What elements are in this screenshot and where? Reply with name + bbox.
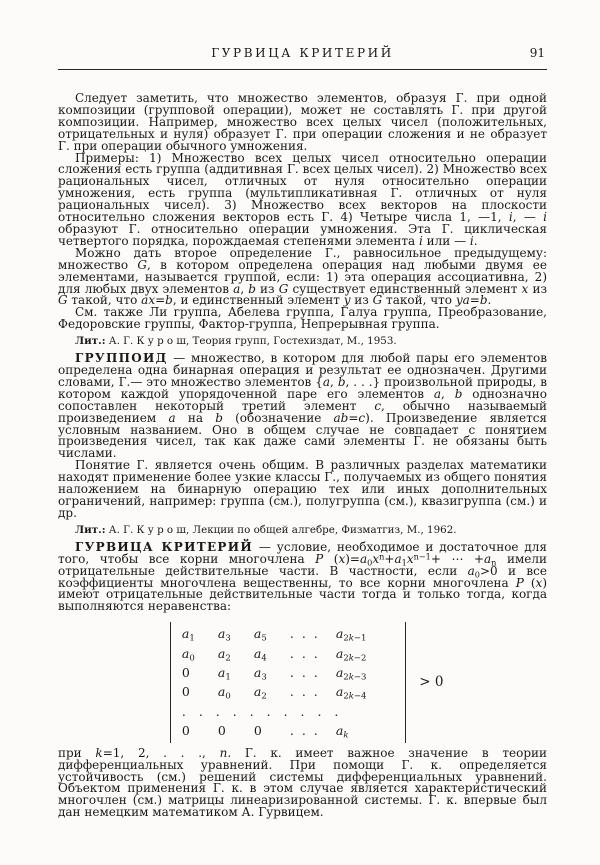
inequality-condition: > 0 (419, 677, 443, 689)
lit-label: Лит.: (75, 335, 106, 347)
matrix-cell: a2 (252, 682, 288, 701)
matrix-cell: ak (334, 721, 396, 740)
hurwitz-determinant-formula: a1a3a5. . .a2k−1a0a2a4. . .a2k−20a1a3. .… (62, 622, 551, 742)
header-rule (58, 69, 547, 70)
matrix-cell: . . . (288, 721, 334, 740)
matrix-row: 000. . .ak (180, 721, 396, 740)
literature-reference: Лит.: А. Г. К у р о ш, Теория групп, Гос… (58, 336, 547, 347)
lit-text: А. Г. К у р о ш, Теория групп, Гостехизд… (106, 335, 397, 347)
matrix-cell: a2k−4 (334, 682, 396, 701)
matrix-row: a1a3a5. . .a2k−1 (180, 624, 396, 643)
matrix-cell: a0 (216, 682, 252, 701)
matrix-cell: a3 (252, 663, 288, 682)
matrix-cell: . . . (288, 663, 334, 682)
page-body: Следует заметить, что множество элементо… (58, 93, 547, 819)
matrix-cell: a2k−1 (334, 624, 396, 643)
matrix-cell: 0 (216, 721, 252, 740)
entry-paragraph: ГРУППОИД — множество, в котором для любо… (58, 353, 547, 460)
matrix-cell: a1 (180, 624, 216, 643)
matrix-cell: 0 (252, 721, 288, 740)
lit-text: А. Г. К у р о ш, Лекции по общей алгебре… (106, 524, 457, 536)
matrix-cell: a0 (180, 644, 216, 663)
paragraph: при k=1, 2, . . ., n. Г. к. имеет важное… (58, 748, 547, 819)
matrix-dots-row: . . . . . . . . . . (180, 702, 396, 721)
document-page: ГУРВИЦА КРИТЕРИЙ 91 Следует заметить, чт… (0, 0, 600, 865)
entry-paragraph: ГУРВИЦА КРИТЕРИЙ — условие, необходимое … (58, 542, 547, 613)
lit-label: Лит.: (75, 524, 106, 536)
page-number: 91 (530, 46, 545, 60)
matrix-cell: . . . (288, 624, 334, 643)
matrix-cell: a2k−2 (334, 644, 396, 663)
running-head-title: ГУРВИЦА КРИТЕРИЙ (58, 46, 547, 60)
paragraph: Примеры: 1) Множество всех целых чисел о… (58, 153, 547, 248)
paragraph: Следует заметить, что множество элементо… (58, 93, 547, 153)
determinant-matrix: a1a3a5. . .a2k−1a0a2a4. . .a2k−20a1a3. .… (180, 624, 396, 740)
matrix-row: 0a1a3. . .a2k−3 (180, 663, 396, 682)
matrix-row: a0a2a4. . .a2k−2 (180, 644, 396, 663)
matrix-cell: a2 (216, 644, 252, 663)
matrix-cell: a1 (216, 663, 252, 682)
matrix-cell: a4 (252, 644, 288, 663)
matrix-cell: 0 (180, 682, 216, 701)
matrix-cell: a5 (252, 624, 288, 643)
literature-reference: Лит.: А. Г. К у р о ш, Лекции по общей а… (58, 525, 547, 536)
determinant-bar-left (170, 622, 171, 742)
matrix-cell: a3 (216, 624, 252, 643)
paragraph: Можно дать второе определение Г., равнос… (58, 248, 547, 308)
running-head: ГУРВИЦА КРИТЕРИЙ 91 (58, 46, 547, 63)
matrix-row: 0a0a2. . .a2k−4 (180, 682, 396, 701)
matrix-cell: . . . (288, 644, 334, 663)
entry-text: — множество, в котором для любой пары ег… (58, 351, 547, 460)
determinant-bar-right (405, 622, 406, 742)
matrix-cell: . . . (288, 682, 334, 701)
paragraph: Понятие Г. является очень общим. В разли… (58, 460, 547, 520)
matrix-cell: 0 (180, 663, 216, 682)
matrix-cell: a2k−3 (334, 663, 396, 682)
matrix-cell: 0 (180, 721, 216, 740)
matrix-row: . . . . . . . . . . (180, 702, 396, 721)
paragraph: См. также Ли группа, Абелева группа, Гал… (58, 307, 547, 331)
determinant: a1a3a5. . .a2k−1a0a2a4. . .a2k−20a1a3. .… (170, 622, 407, 742)
